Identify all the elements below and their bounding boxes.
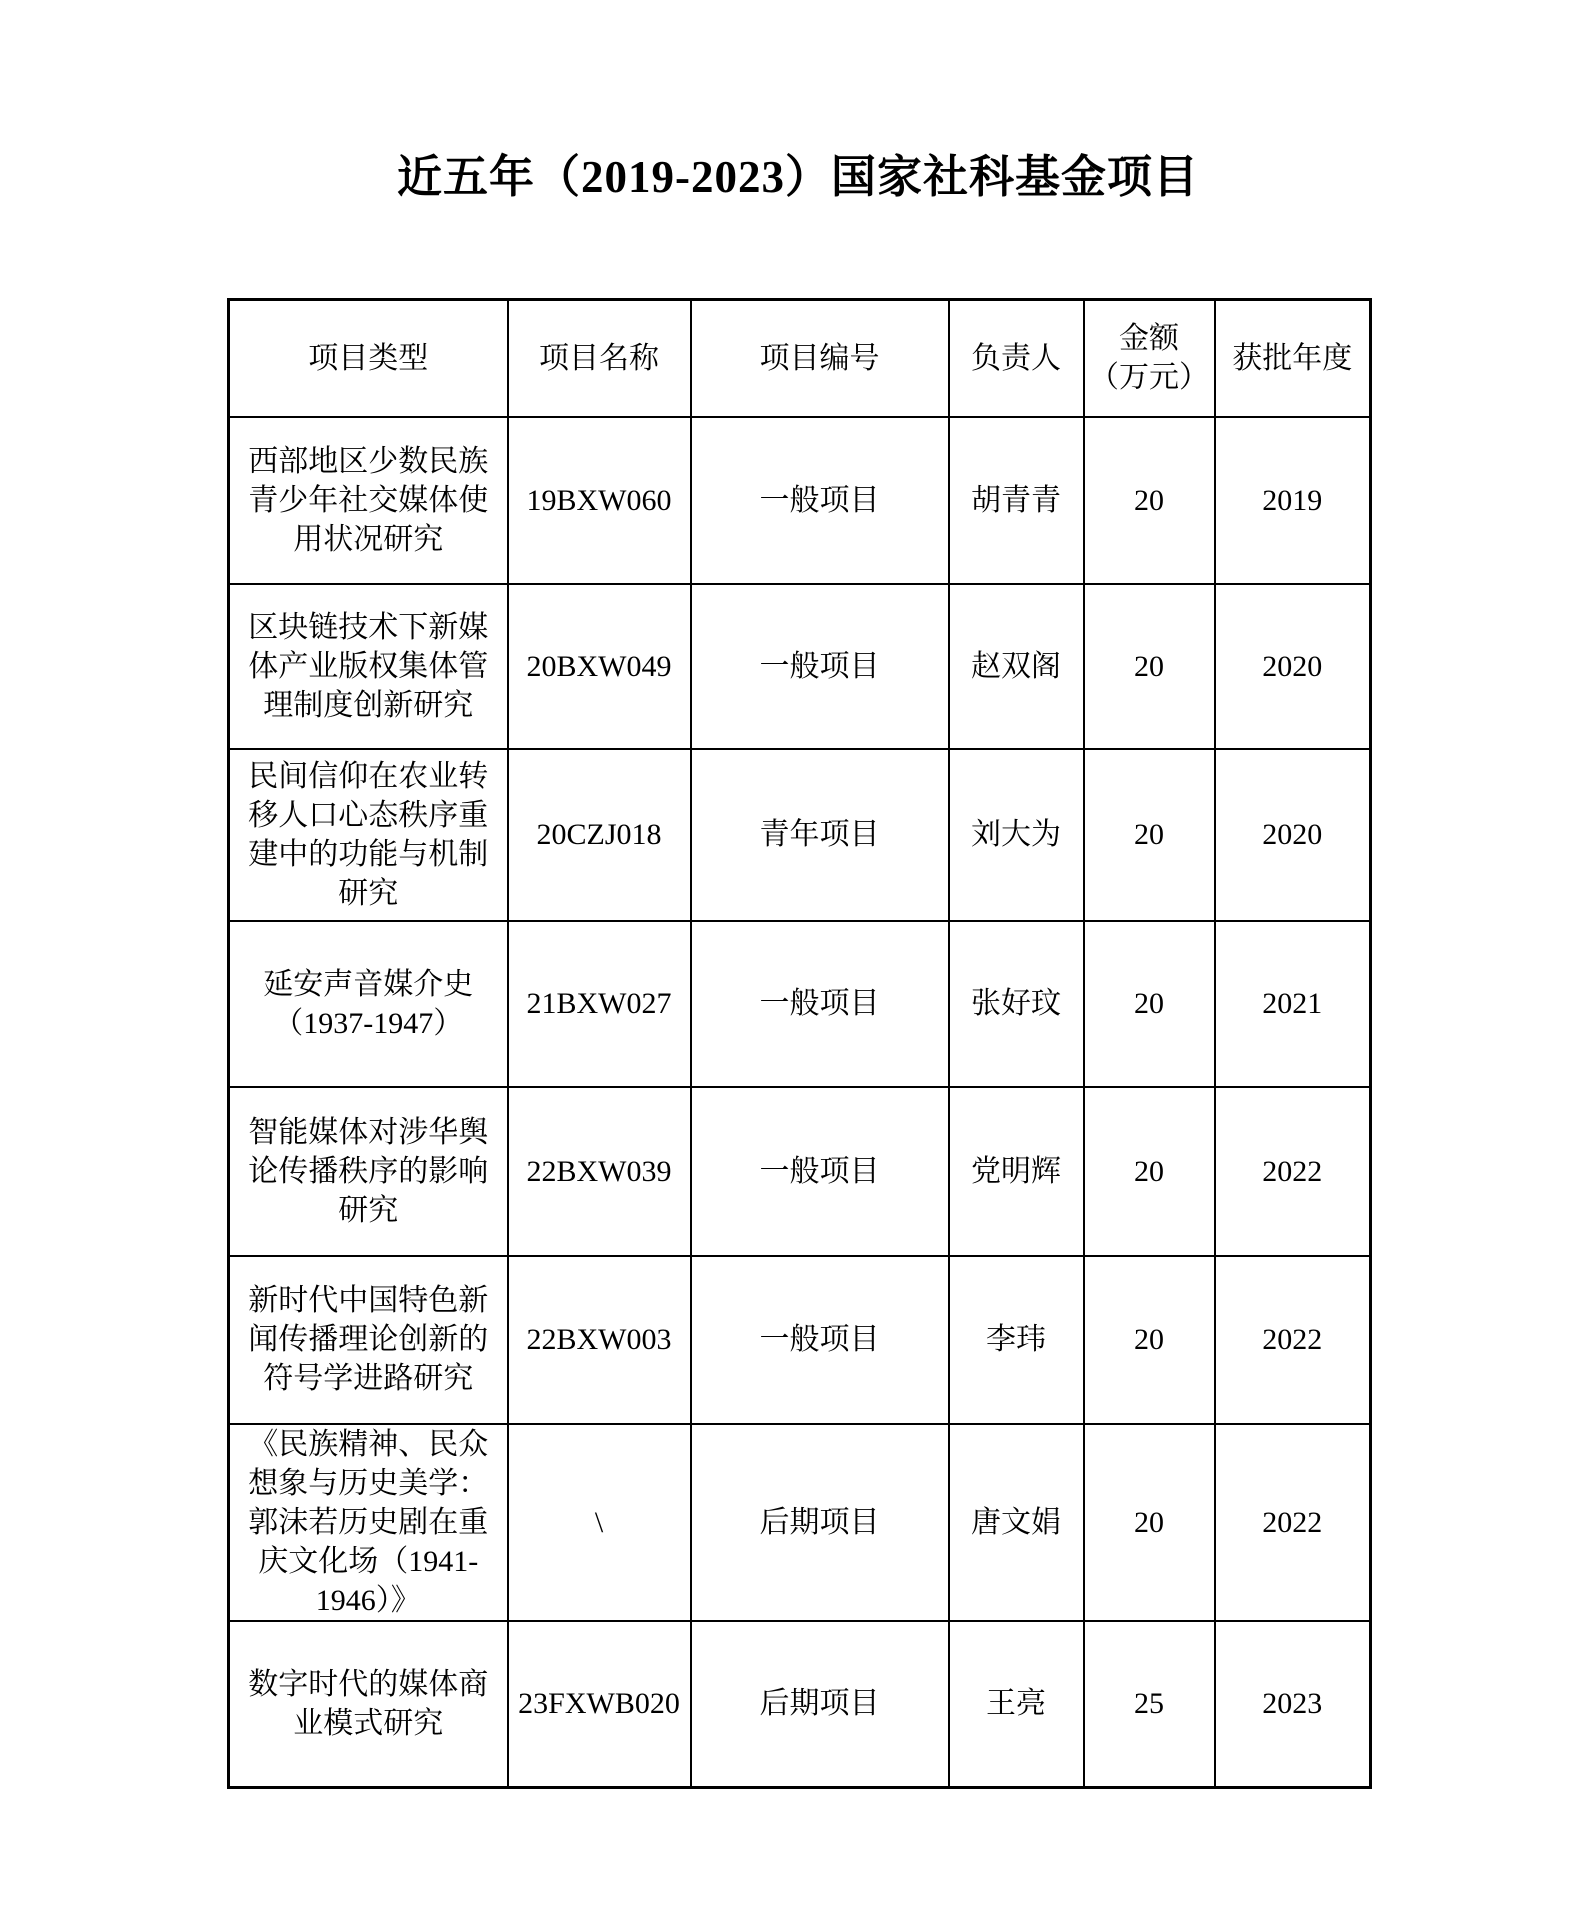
header-project-code: 项目编号 (691, 300, 949, 417)
project-leader-cell: 胡青青 (949, 417, 1084, 584)
project-amount-cell: 25 (1084, 1621, 1215, 1788)
project-type-cell: 一般项目 (691, 417, 949, 584)
table-row: 智能媒体对涉华舆论传播秩序的影响研究 22BXW039 一般项目 党明辉 20 … (229, 1087, 1371, 1256)
project-code-cell: 21BXW027 (508, 921, 691, 1087)
table-row: 民间信仰在农业转移人口心态秩序重建中的功能与机制研究 20CZJ018 青年项目… (229, 749, 1371, 921)
projects-table: 项目类型 项目名称 项目编号 负责人 金额 （万元） 获批年度 西部地区少数民族… (227, 298, 1372, 1789)
project-type-cell: 青年项目 (691, 749, 949, 921)
project-name-cell: 智能媒体对涉华舆论传播秩序的影响研究 (229, 1087, 508, 1256)
project-year-cell: 2019 (1215, 417, 1371, 584)
project-year-cell: 2021 (1215, 921, 1371, 1087)
project-type-cell: 后期项目 (691, 1621, 949, 1788)
project-type-cell: 一般项目 (691, 921, 949, 1087)
table-header-row: 项目类型 项目名称 项目编号 负责人 金额 （万元） 获批年度 (229, 300, 1371, 417)
project-leader-cell: 唐文娟 (949, 1424, 1084, 1621)
header-amount: 金额 （万元） (1084, 300, 1215, 417)
project-year-cell: 2022 (1215, 1424, 1371, 1621)
project-code-cell: 19BXW060 (508, 417, 691, 584)
project-amount-cell: 20 (1084, 1424, 1215, 1621)
project-code-cell: 20CZJ018 (508, 749, 691, 921)
project-name-cell: 新时代中国特色新闻传播理论创新的符号学进路研究 (229, 1256, 508, 1424)
header-project-type: 项目类型 (229, 300, 508, 417)
project-code-cell: 22BXW003 (508, 1256, 691, 1424)
project-amount-cell: 20 (1084, 584, 1215, 749)
table-row: 新时代中国特色新闻传播理论创新的符号学进路研究 22BXW003 一般项目 李玮… (229, 1256, 1371, 1424)
project-name-cell: 延安声音媒介史（1937-1947） (229, 921, 508, 1087)
project-leader-cell: 刘大为 (949, 749, 1084, 921)
header-year: 获批年度 (1215, 300, 1371, 417)
project-leader-cell: 张好玟 (949, 921, 1084, 1087)
table-row: 延安声音媒介史（1937-1947） 21BXW027 一般项目 张好玟 20 … (229, 921, 1371, 1087)
project-leader-cell: 赵双阁 (949, 584, 1084, 749)
table-row: 西部地区少数民族青少年社交媒体使用状况研究 19BXW060 一般项目 胡青青 … (229, 417, 1371, 584)
project-code-cell: 23FXWB020 (508, 1621, 691, 1788)
project-leader-cell: 王亮 (949, 1621, 1084, 1788)
header-amount-line1: 金额 (1089, 319, 1210, 358)
header-amount-line2: （万元） (1089, 358, 1210, 397)
project-leader-cell: 李玮 (949, 1256, 1084, 1424)
project-year-cell: 2022 (1215, 1087, 1371, 1256)
project-code-cell: 20BXW049 (508, 584, 691, 749)
project-amount-cell: 20 (1084, 921, 1215, 1087)
project-name-cell: 西部地区少数民族青少年社交媒体使用状况研究 (229, 417, 508, 584)
project-year-cell: 2020 (1215, 749, 1371, 921)
project-amount-cell: 20 (1084, 1256, 1215, 1424)
project-year-cell: 2022 (1215, 1256, 1371, 1424)
table-row: 数字时代的媒体商业模式研究 23FXWB020 后期项目 王亮 25 2023 (229, 1621, 1371, 1788)
project-type-cell: 后期项目 (691, 1424, 949, 1621)
project-code-cell: 22BXW039 (508, 1087, 691, 1256)
project-year-cell: 2023 (1215, 1621, 1371, 1788)
project-code-cell: \ (508, 1424, 691, 1621)
header-leader: 负责人 (949, 300, 1084, 417)
project-amount-cell: 20 (1084, 749, 1215, 921)
project-type-cell: 一般项目 (691, 1256, 949, 1424)
table-row: 《民族精神、民众想象与历史美学：郭沫若历史剧在重庆文化场（1941-1946）》… (229, 1424, 1371, 1621)
project-type-cell: 一般项目 (691, 584, 949, 749)
page-title: 近五年（2019-2023）国家社科基金项目 (227, 140, 1369, 205)
project-name-cell: 数字时代的媒体商业模式研究 (229, 1621, 508, 1788)
project-name-cell: 《民族精神、民众想象与历史美学：郭沫若历史剧在重庆文化场（1941-1946）》 (229, 1424, 508, 1621)
table-row: 区块链技术下新媒体产业版权集体管理制度创新研究 20BXW049 一般项目 赵双… (229, 584, 1371, 749)
project-name-cell: 区块链技术下新媒体产业版权集体管理制度创新研究 (229, 584, 508, 749)
project-leader-cell: 党明辉 (949, 1087, 1084, 1256)
project-amount-cell: 20 (1084, 417, 1215, 584)
project-name-cell: 民间信仰在农业转移人口心态秩序重建中的功能与机制研究 (229, 749, 508, 921)
project-type-cell: 一般项目 (691, 1087, 949, 1256)
project-amount-cell: 20 (1084, 1087, 1215, 1256)
project-year-cell: 2020 (1215, 584, 1371, 749)
header-project-name: 项目名称 (508, 300, 691, 417)
